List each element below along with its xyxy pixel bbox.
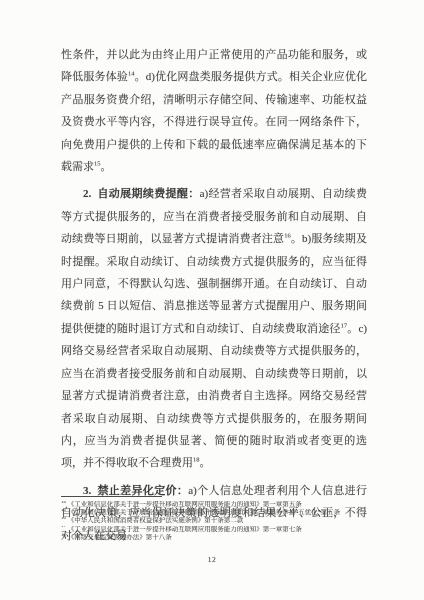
document-body: 性条件，并以此为由终止用户正常使用的产品功能和服务，或降低服务体验14。d)优化…: [61, 44, 367, 547]
footnote-text: 《中华人民共和国消费者权益保护法实施条例》第十条第二款: [68, 517, 244, 524]
heading-run: 禁止差异化定价：: [97, 485, 188, 497]
heading-run: 自动展期续费提醒：: [97, 188, 199, 200]
text-run: 。: [200, 457, 211, 469]
footnote-text: 《工业和信息化部关于进一步提升移动互联网应用服务能力的通知》第一章第五条: [68, 501, 302, 508]
paragraph: 性条件，并以此为由终止用户正常使用的产品功能和服务，或降低服务体验14。d)优化…: [61, 44, 367, 178]
footnote-marker: 15: [61, 509, 66, 513]
footnote-text: 《工业和信息化部关于进一步提升移动互联网应用服务能力的通知》第一章第七条: [68, 526, 302, 533]
footnote-item: 18《网络交易监督管理办法》第十八条: [61, 534, 367, 542]
text-run: 。b)服务续期及时提醒。采取自动续订、自动续费方式提供服务的，应当征得用户同意，…: [61, 233, 367, 335]
heading-run: 2.: [83, 188, 97, 200]
footnote-text: 《网络交易监督管理办法》第十八条: [68, 534, 172, 541]
footnote-list: 14《工业和信息化部关于进一步提升移动互联网应用服务能力的通知》第一章第五条15…: [61, 501, 367, 542]
footnote-item: 17《工业和信息化部关于进一步提升移动互联网应用服务能力的通知》第一章第七条: [61, 526, 367, 534]
paragraph: 2. 自动展期续费提醒：a)经营者采取自动展期、自动续费等方式提供服务的，应当在…: [61, 183, 367, 474]
document-page: 性条件，并以此为由终止用户正常使用的产品功能和服务，或降低服务体验14。d)优化…: [0, 0, 424, 600]
text-run: 。: [101, 161, 112, 173]
page-number: 12: [0, 555, 424, 564]
footnote-item: 14《工业和信息化部关于进一步提升移动互联网应用服务能力的通知》第一章第五条: [61, 501, 367, 509]
footnotes-section: 14《工业和信息化部关于进一步提升移动互联网应用服务能力的通知》第一章第五条15…: [61, 496, 367, 542]
footnote-marker: 18: [61, 534, 66, 538]
footnote-item: 16《中华人民共和国消费者权益保护法实施条例》第十条第二款: [61, 517, 367, 525]
footnote-separator: [61, 496, 162, 497]
footnote-marker: 14: [61, 501, 66, 505]
footnote-text: 《工业和信息化部关于开展信息通信服务感知提升行动的通知》第二章服务举措“五优化”…: [68, 509, 340, 516]
footnote-marker: 16: [61, 517, 66, 521]
text-run: 。d)优化网盘类服务提供方式。相关企业应优化产品服务资费介绍，清晰明示存储空间、…: [61, 71, 367, 173]
text-run: 。c)网络交易经营者采取自动展期、自动续费等方式提供服务的，应当在消费者接受服务…: [61, 323, 367, 469]
heading-run: 3.: [83, 485, 97, 497]
footnote-item: 15《工业和信息化部关于开展信息通信服务感知提升行动的通知》第二章服务举措“五优…: [61, 509, 367, 517]
footnote-marker: 17: [61, 526, 66, 530]
